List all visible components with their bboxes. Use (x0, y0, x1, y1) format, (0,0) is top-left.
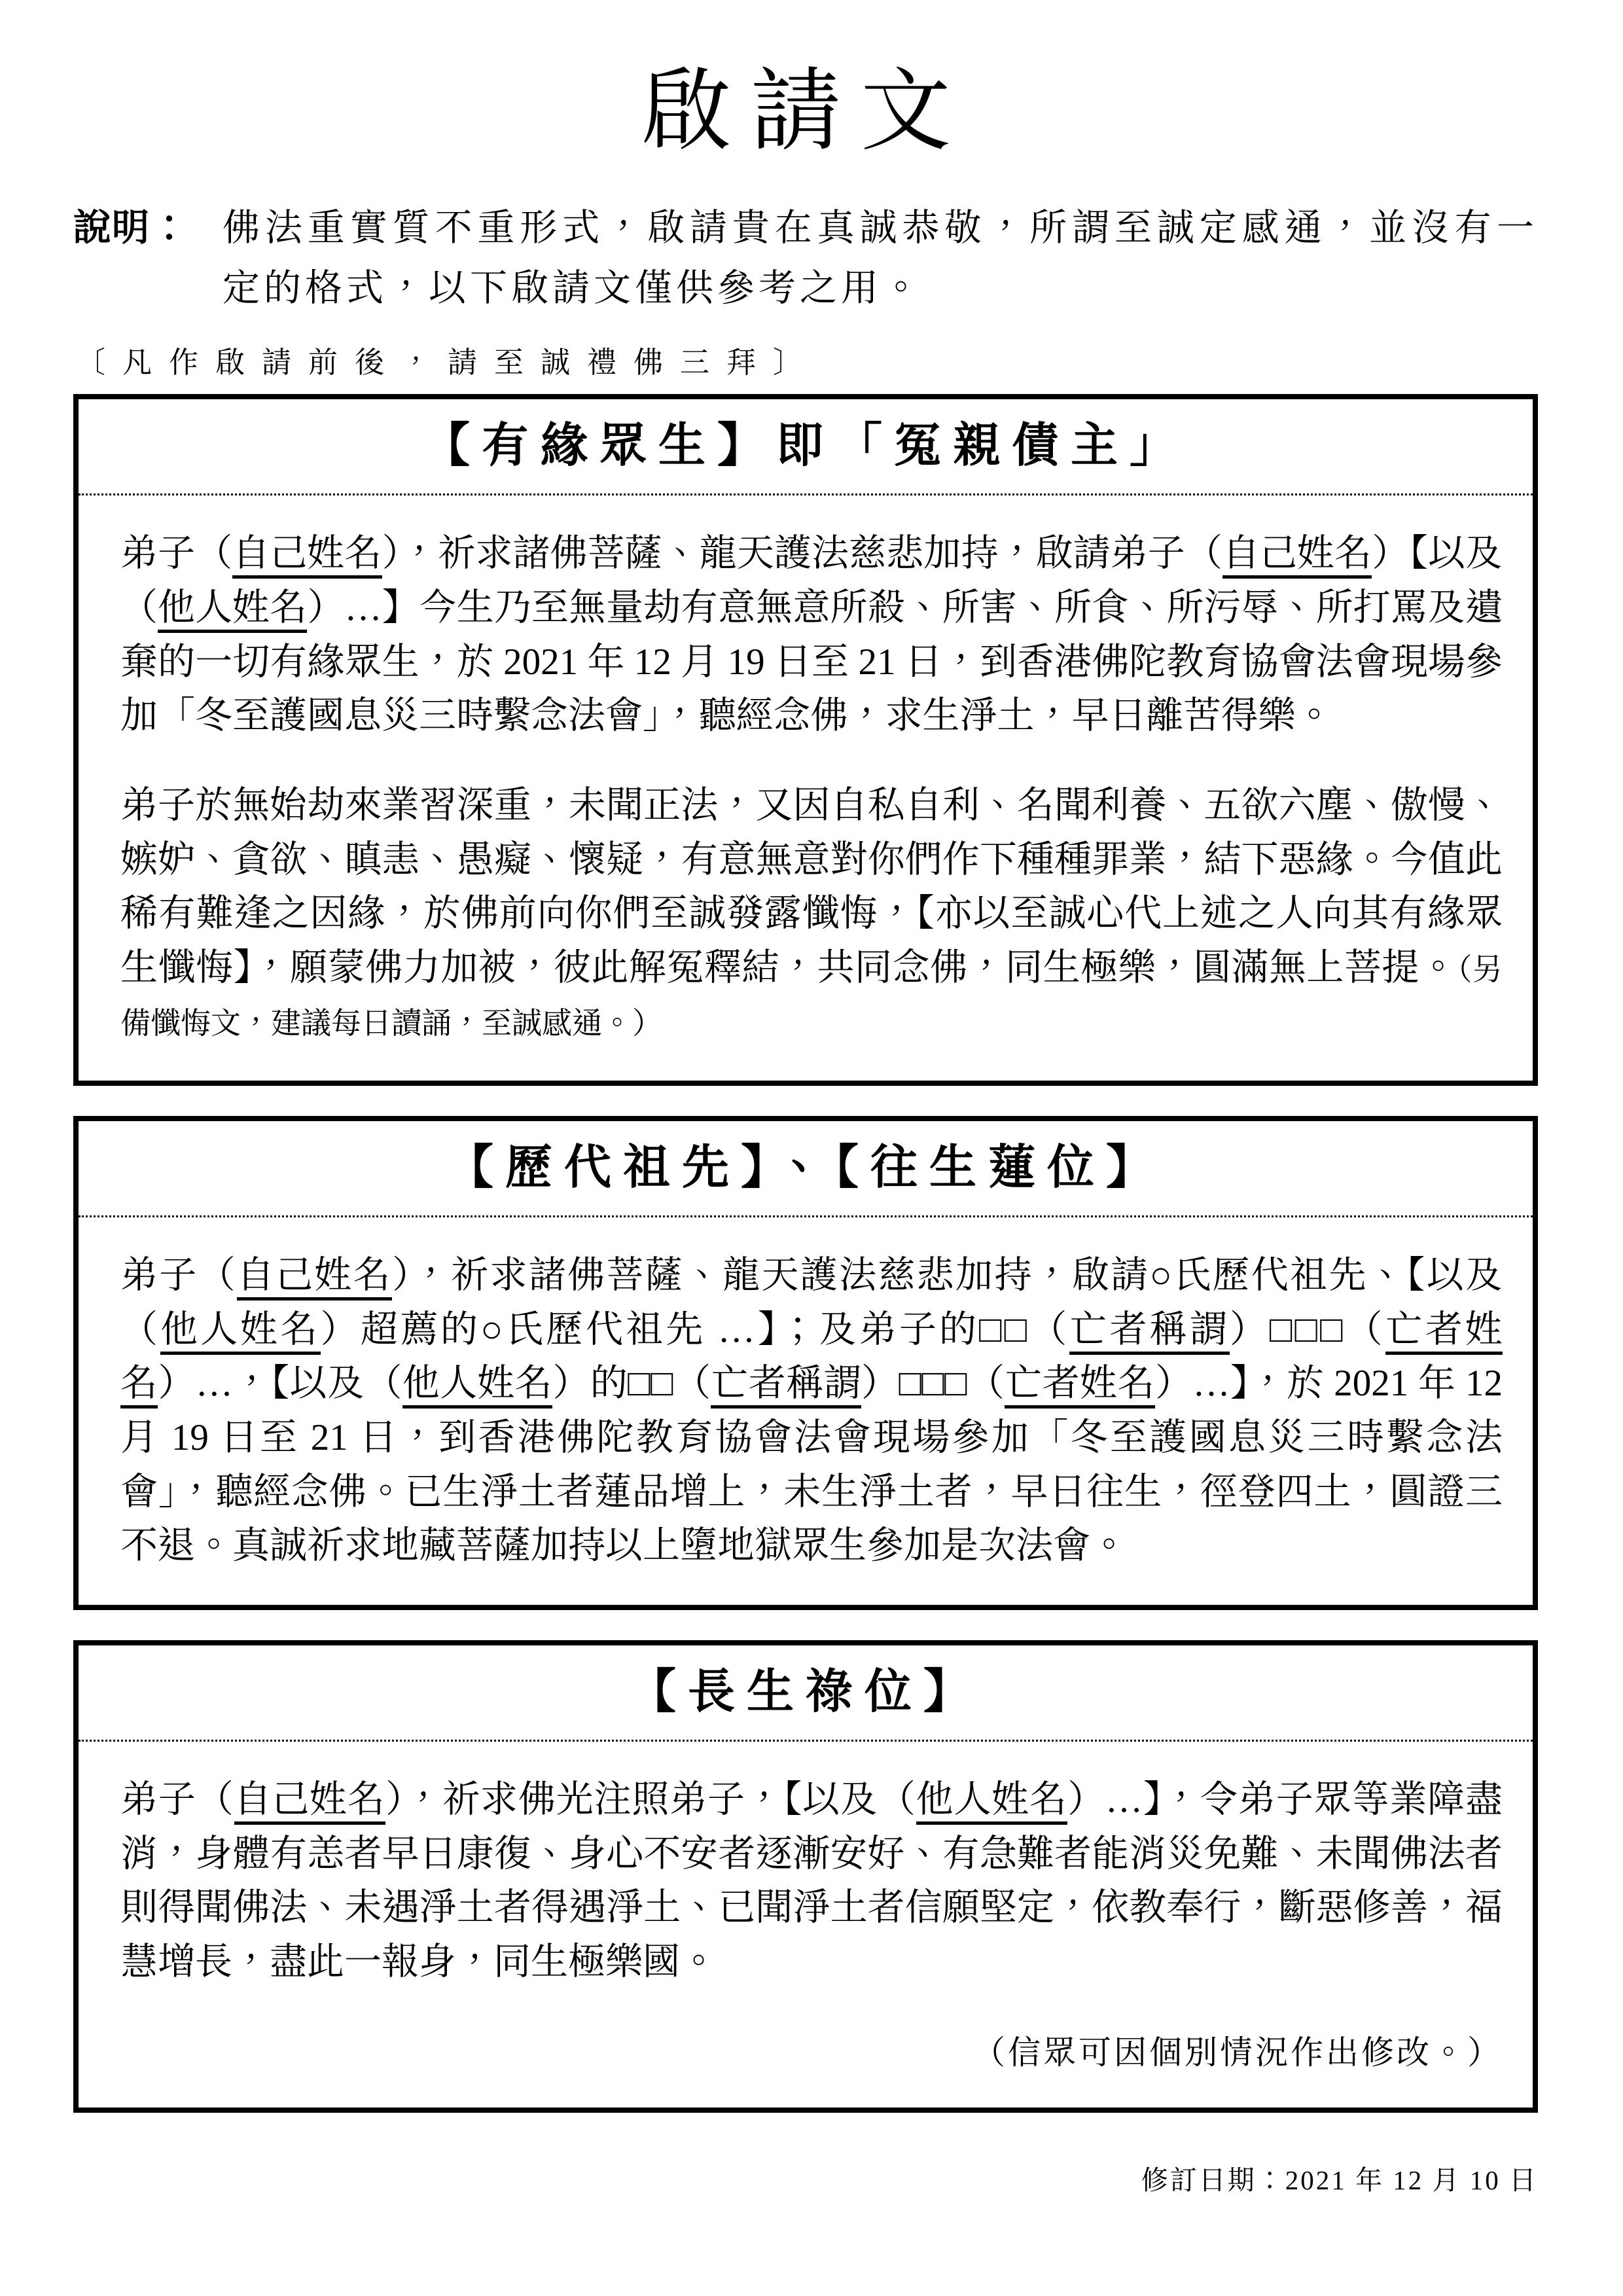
text-segment: ）的□□（ (552, 1363, 711, 1404)
explanation-label: 說明： (73, 198, 223, 319)
text-segment: 弟子（ (120, 1779, 234, 1820)
section-heading-longevity: 【長生祿位】 (79, 1645, 1533, 1742)
explanation-block: 說明： 佛法重實質不重形式，啟請貴在真誠恭敬，所謂至誠定感通，並沒有一定的格式，… (73, 198, 1538, 319)
explanation-text: 佛法重實質不重形式，啟請貴在真誠恭敬，所謂至誠定感通，並沒有一定的格式，以下啟請… (223, 198, 1538, 319)
text-segment: 弟子（ (120, 533, 232, 574)
section-paragraph: 弟子（自己姓名），祈求諸佛菩薩、龍天護法慈悲加持，啟請弟子（自己姓名）【以及（他… (120, 527, 1503, 744)
section-box-sentient-beings: 【有緣眾生】即「冤親債主」 弟子（自己姓名），祈求諸佛菩薩、龍天護法慈悲加持，啟… (73, 394, 1538, 1086)
text-segment: ），祈求諸佛菩薩、龍天護法慈悲加持，啟請弟子（ (382, 533, 1222, 574)
name-placeholder: 自己姓名 (234, 1779, 385, 1825)
text-segment: ）超薦的○氏歷代祖先 …】；及弟子的□□（ (321, 1309, 1070, 1350)
name-placeholder: 亡者稱謂 (1069, 1309, 1230, 1355)
section-paragraph: 弟子於無始劫來業習深重，未聞正法，又因自私自利、名聞利養、五欲六塵、傲慢、嫉妒、… (120, 779, 1503, 1049)
section-heading-sentient-beings: 【有緣眾生】即「冤親債主」 (79, 399, 1533, 495)
page-title: 啟請文 (73, 60, 1538, 164)
section-paragraph: 弟子（自己姓名），祈求佛光注照弟子，【以及（他人姓名）…】，令弟子眾等業障盡消，… (120, 1773, 1503, 1990)
pre-ritual-note: 〔凡作啟請前後，請至誠禮佛三拜〕 (76, 338, 1538, 381)
name-placeholder: 自己姓名 (237, 1255, 392, 1300)
section-box-longevity: 【長生祿位】 弟子（自己姓名），祈求佛光注照弟子，【以及（他人姓名）…】，令弟子… (73, 1640, 1538, 2113)
name-placeholder: 他人姓名 (160, 1309, 321, 1355)
name-placeholder: 亡者姓名 (1005, 1363, 1155, 1408)
section-heading-ancestors-lotus: 【歷代祖先】、【往生蓮位】 (79, 1121, 1533, 1217)
name-placeholder: 亡者稱謂 (711, 1363, 861, 1408)
name-placeholder: 他人姓名 (916, 1779, 1067, 1825)
name-placeholder: 自己姓名 (232, 533, 382, 579)
modification-note: （信眾可因個別情況作出修改。） (120, 2029, 1503, 2077)
name-placeholder: 他人姓名 (402, 1363, 553, 1408)
section-box-ancestors-lotus: 【歷代祖先】、【往生蓮位】 弟子（自己姓名），祈求諸佛菩薩、龍天護法慈悲加持，啟… (73, 1116, 1538, 1610)
section-body-ancestors-lotus: 弟子（自己姓名），祈求諸佛菩薩、龍天護法慈悲加持，啟請○氏歷代祖先、【以及（他人… (79, 1217, 1533, 1605)
text-segment: ），祈求佛光注照弟子，【以及（ (385, 1779, 916, 1820)
revision-date: 修訂日期：2021 年 12 月 10 日 (73, 2159, 1538, 2197)
text-segment: 弟子（ (120, 1255, 237, 1296)
section-paragraph: 弟子（自己姓名），祈求諸佛菩薩、龍天護法慈悲加持，啟請○氏歷代祖先、【以及（他人… (120, 1249, 1503, 1573)
text-segment: ）…】今生乃至無量劫有意無意所殺、所害、所食、所污辱、所打罵及遺棄的一切有緣眾生… (120, 587, 1503, 736)
section-body-longevity: 弟子（自己姓名），祈求佛光注照弟子，【以及（他人姓名）…】，令弟子眾等業障盡消，… (79, 1742, 1533, 2108)
document-page: 啟請文 說明： 佛法重實質不重形式，啟請貴在真誠恭敬，所謂至誠定感通，並沒有一定… (0, 0, 1623, 2296)
name-placeholder: 他人姓名 (158, 587, 307, 633)
text-segment: ）□□□（ (1230, 1309, 1385, 1350)
section-body-sentient-beings: 弟子（自己姓名），祈求諸佛菩薩、龍天護法慈悲加持，啟請弟子（自己姓名）【以及（他… (79, 495, 1533, 1081)
text-segment: ）…，【以及（ (158, 1363, 402, 1404)
text-segment: ）□□□（ (861, 1363, 1005, 1404)
name-placeholder: 自己姓名 (1222, 533, 1372, 579)
text-segment: 弟子於無始劫來業習深重，未聞正法，又因自私自利、名聞利養、五欲六塵、傲慢、嫉妒、… (120, 785, 1503, 988)
